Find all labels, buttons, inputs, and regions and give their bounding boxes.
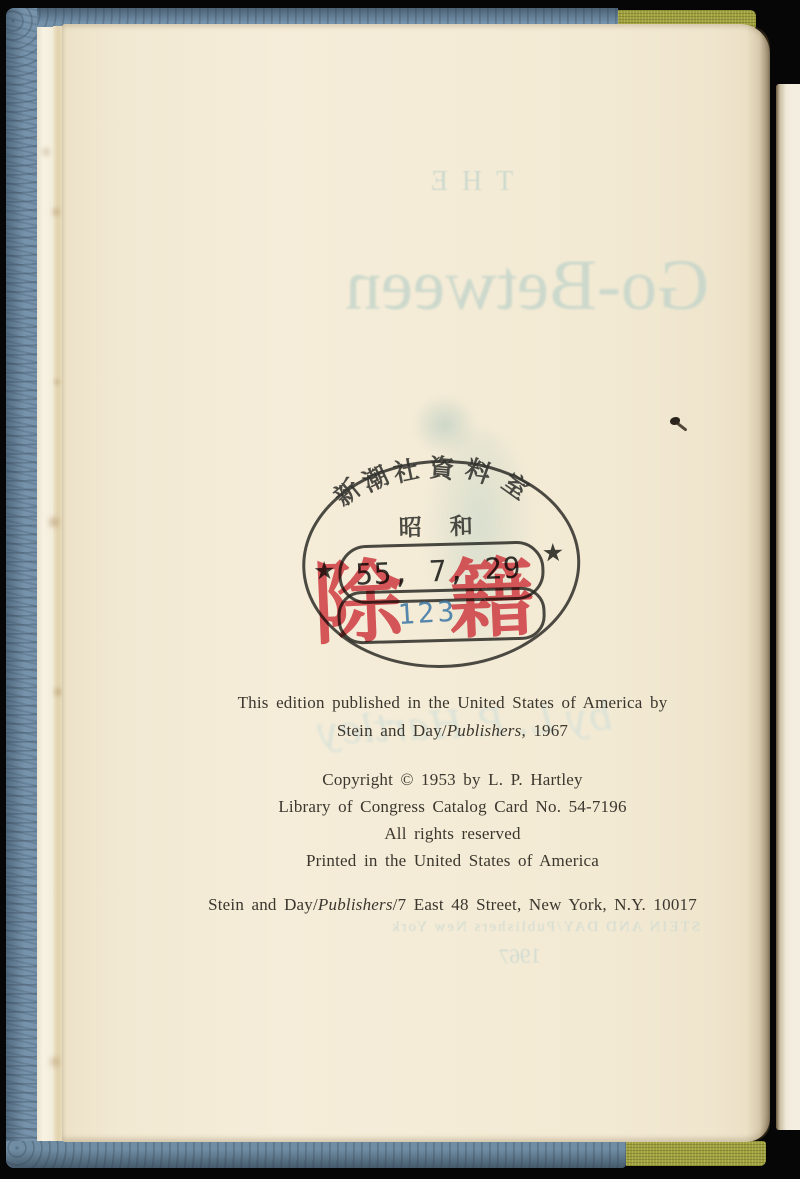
photo-of-book-page: THE Go-Between by L. P. Hartley STEIN AN… xyxy=(0,0,800,1179)
ink-speck xyxy=(666,412,690,438)
book-cover-bottom-edge-blue xyxy=(6,1141,626,1168)
star-icon: ★ xyxy=(541,538,564,569)
book-cloth-bottom-edge-olive xyxy=(626,1141,766,1166)
publisher-line-italic: Publishers xyxy=(447,721,522,740)
publisher-line-post: , 1967 xyxy=(521,721,568,740)
publisher-line: Stein and Day/Publishers, 1967 xyxy=(150,721,755,741)
loc-catalog-line: Library of Congress Catalog Card No. 54-… xyxy=(150,797,755,817)
address-line: Stein and Day/Publishers/7 East 48 Stree… xyxy=(150,895,755,915)
facing-page-edge xyxy=(776,84,800,1130)
stamp-era-char: 和 xyxy=(449,508,473,542)
copyright-line: Copyright © 1953 by L. P. Hartley xyxy=(150,770,755,790)
printed-line: Printed in the United States of America xyxy=(150,851,755,871)
rights-line: All rights reserved xyxy=(150,824,755,844)
foxing-stains xyxy=(50,120,54,124)
stamp-era-char: 昭 xyxy=(398,509,422,543)
address-line-italic: Publishers xyxy=(318,895,393,914)
stamp-removal-char-jo: 除 xyxy=(311,558,405,652)
address-line-pre: Stein and Day/ xyxy=(208,895,318,914)
edition-line: This edition published in the United Sta… xyxy=(150,693,755,713)
address-line-post: /7 East 48 Street, New York, N.Y. 10017 xyxy=(393,895,697,914)
stamp-removal-char-seki: 籍 xyxy=(446,555,536,645)
book-cover-left-edge xyxy=(6,8,37,1168)
ink-speck-tail xyxy=(675,421,687,431)
stamp-arc-char: 資 xyxy=(428,448,456,486)
page-fore-edges xyxy=(37,27,53,1141)
library-stamp: 新 潮 社 資 料 室 昭 和 55, 7, 29 123 ★ ★ 除 籍 xyxy=(297,436,583,673)
publisher-line-pre: Stein and Day/ xyxy=(337,721,447,740)
